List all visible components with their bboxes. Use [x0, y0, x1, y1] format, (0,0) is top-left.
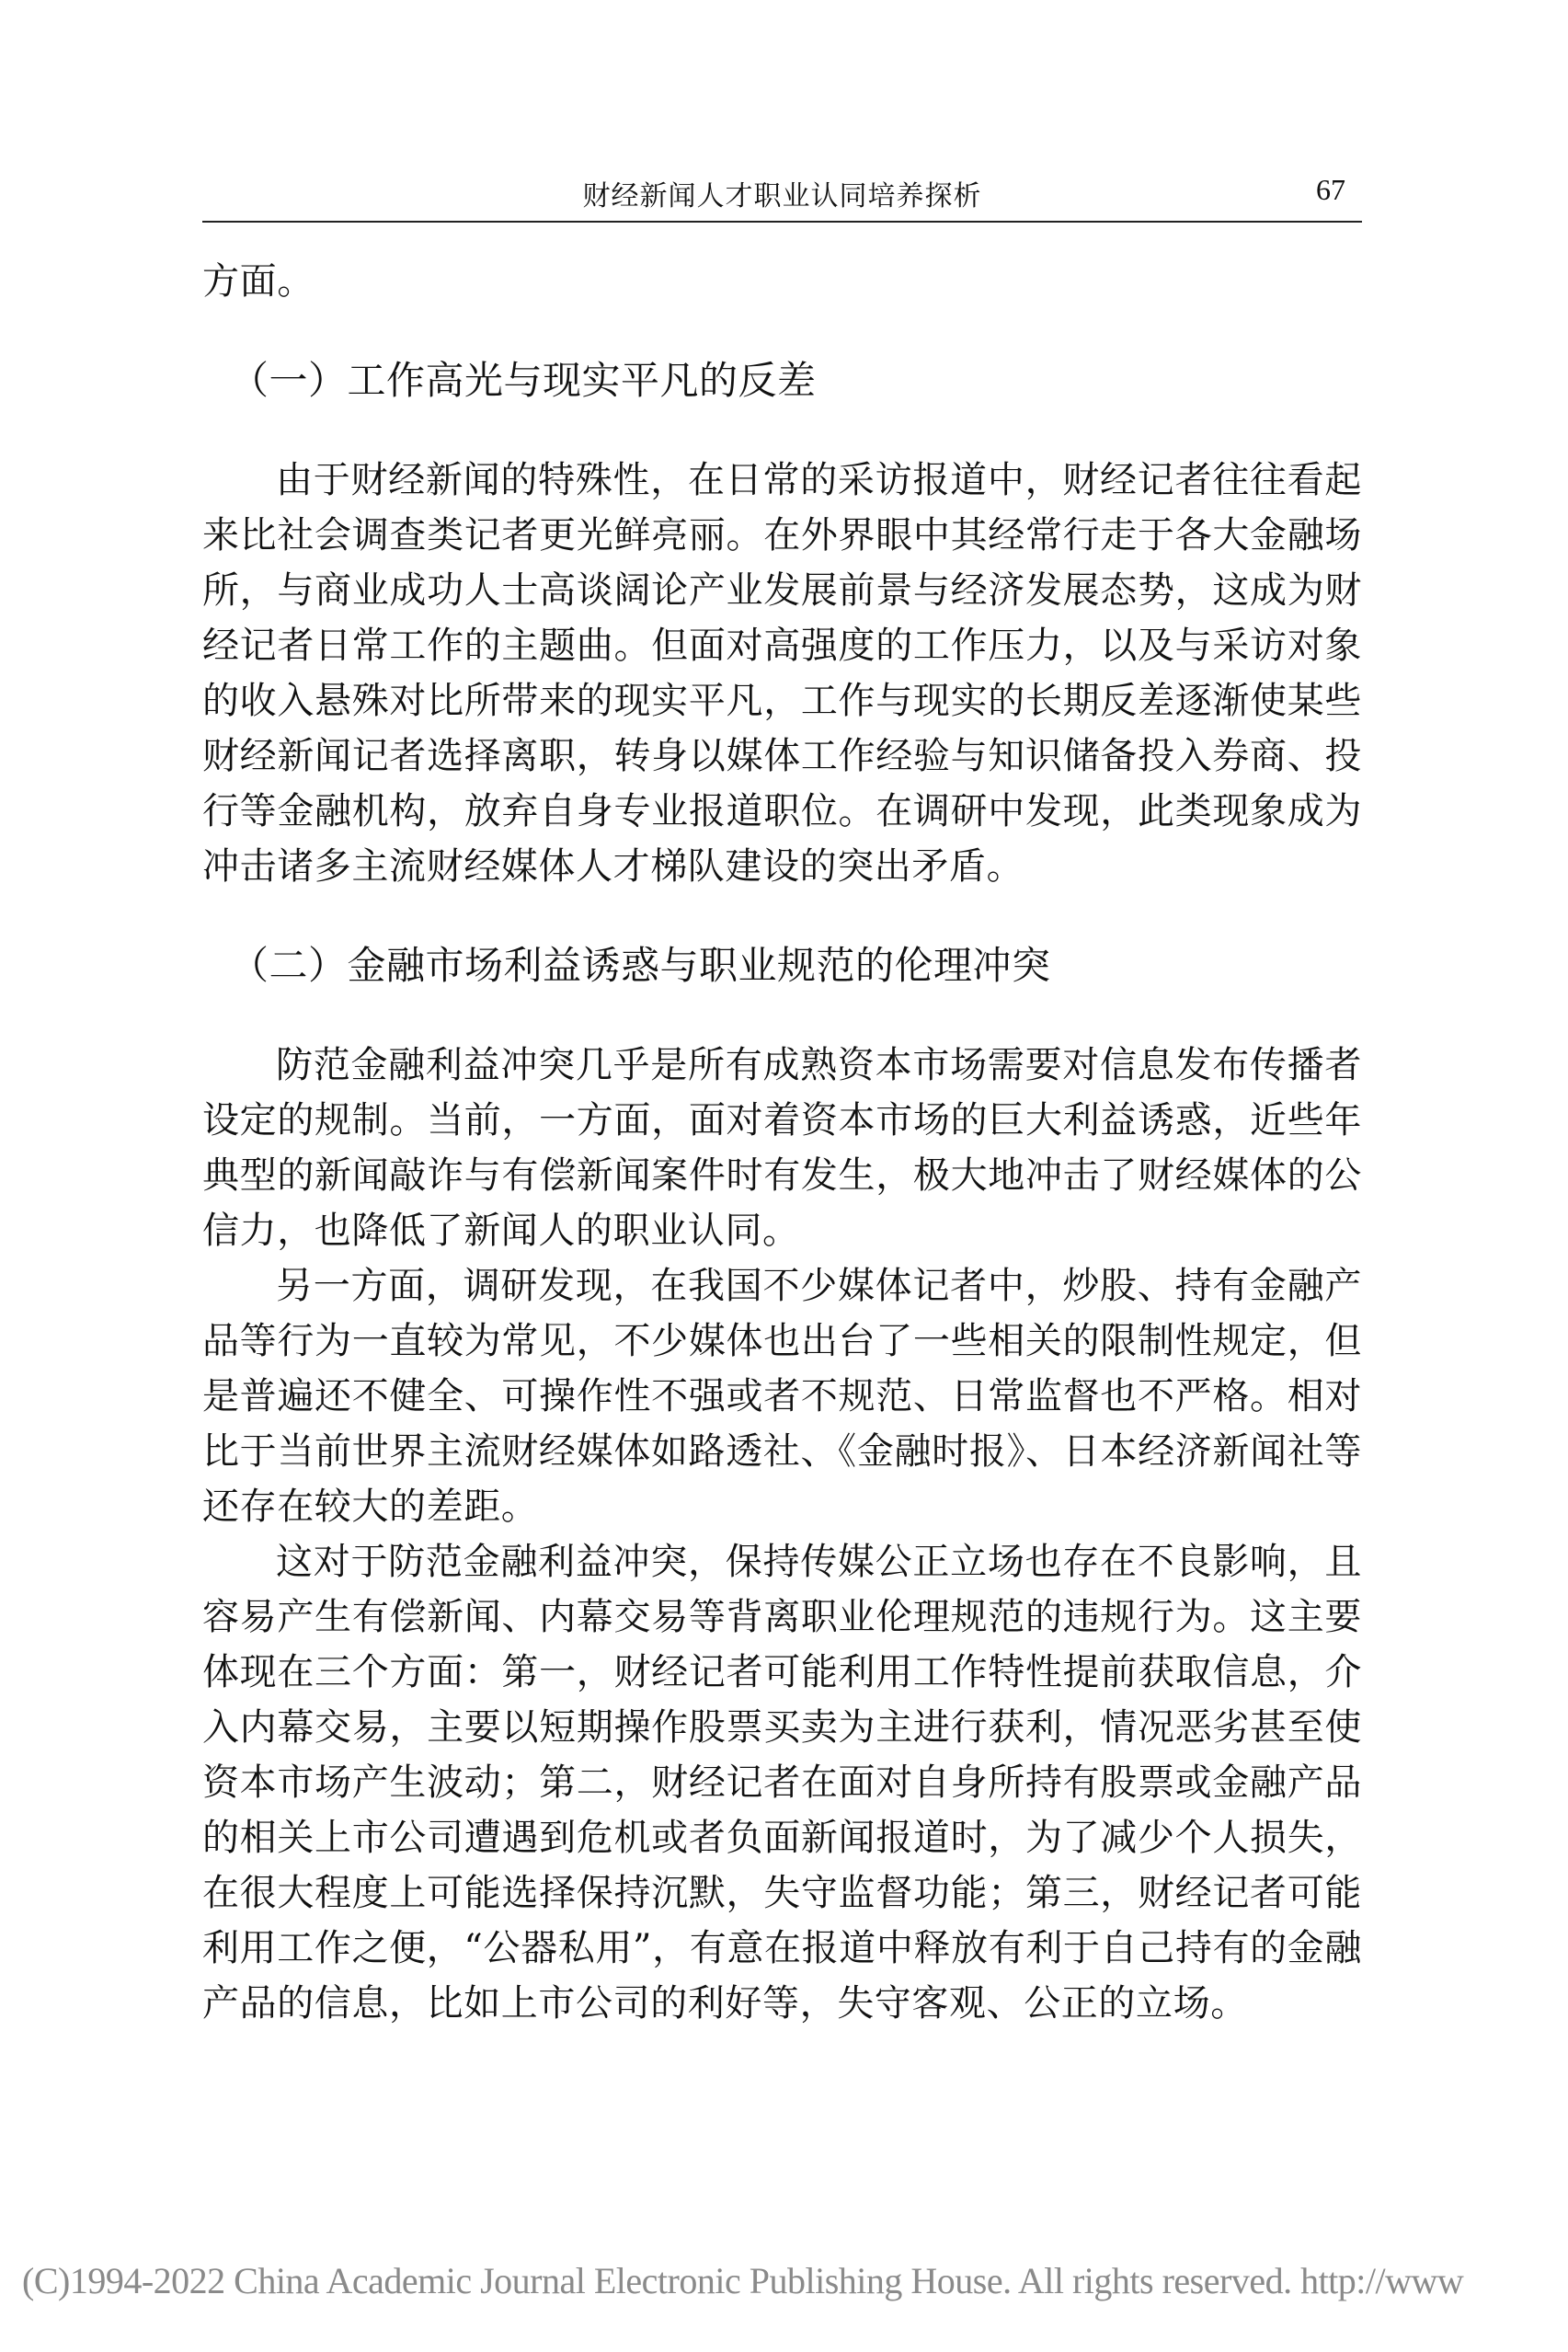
paragraph: 防范金融利益冲突几乎是所有成熟资本市场需要对信息发布传播者设定的规制。当前，一方…	[202, 1038, 1362, 1258]
section-heading-1: （一）工作高光与现实平凡的反差	[202, 353, 1362, 408]
copyright-notice: (C)1994-2022 China Academic Journal Elec…	[22, 2259, 1463, 2302]
paragraph: 由于财经新闻的特殊性，在日常的采访报道中，财经记者往往看起来比社会调查类记者更光…	[202, 453, 1362, 894]
paragraph: 另一方面，调研发现，在我国不少媒体记者中，炒股、持有金融产品等行为一直较为常见，…	[202, 1258, 1362, 1534]
running-title: 财经新闻人才职业认同培养探析	[202, 173, 1362, 213]
header-rule	[202, 221, 1362, 223]
page-number: 67	[1316, 173, 1345, 207]
running-header: 财经新闻人才职业认同培养探析 67	[202, 173, 1362, 213]
lead-fragment: 方面。	[202, 254, 1362, 309]
body-text: 方面。 （一）工作高光与现实平凡的反差 由于财经新闻的特殊性，在日常的采访报道中…	[202, 254, 1362, 2031]
section-heading-2: （二）金融市场利益诱惑与职业规范的伦理冲突	[202, 938, 1362, 993]
paragraph: 这对于防范金融利益冲突，保持传媒公正立场也存在不良影响，且容易产生有偿新闻、内幕…	[202, 1534, 1362, 2031]
